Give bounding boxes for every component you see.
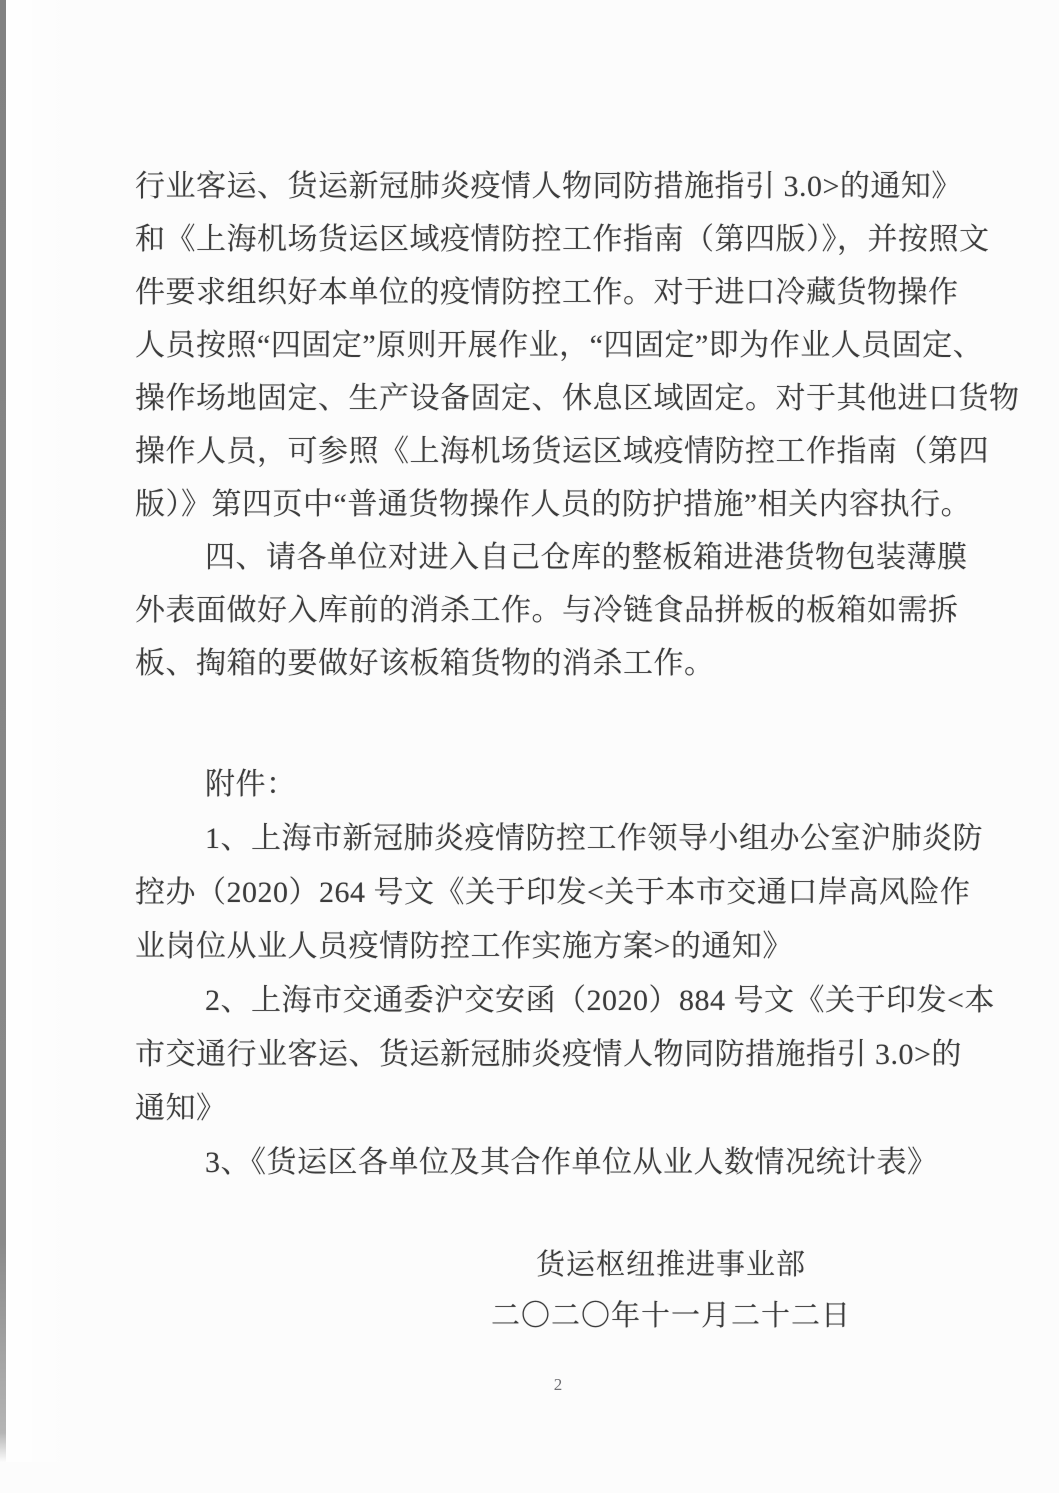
signature-department: 货运枢纽推进事业部 [341, 1240, 1001, 1291]
body-line-1: 行业客运、货运新冠肺炎疫情人物同防措施指引 3.0>的通知》 [135, 160, 927, 213]
attachment-item-1-line-3: 业岗位从业人员疫情防控工作实施方案>的通知》 [135, 920, 927, 974]
attachment-item-3: 3、《货运区各单位及其合作单位从业人数情况统计表》 [135, 1136, 927, 1190]
body-line-8-item-four: 四、请各单位对进入自己仓库的整板箱进港货物包装薄膜 [135, 531, 927, 584]
attachment-item-1-line-1: 1、上海市新冠肺炎疫情防控工作领导小组办公室沪肺炎防 [135, 812, 927, 866]
body-line-6: 操作人员，可参照《上海机场货运区域疫情防控工作指南（第四 [135, 425, 927, 478]
body-line-4: 人员按照“四固定”原则开展作业，“四固定”即为作业人员固定、 [135, 319, 927, 372]
body-line-3: 件要求组织好本单位的疫情防控工作。对于进口冷藏货物操作 [135, 266, 927, 319]
body-line-9: 外表面做好入库前的消杀工作。与冷链食品拼板的板箱如需拆 [135, 584, 927, 637]
page-number: 2 [540, 1374, 576, 1396]
signature-block: 货运枢纽推进事业部 二〇二〇年十一月二十二日 [341, 1240, 1001, 1342]
body-line-2: 和《上海机场货运区域疫情防控工作指南（第四版）》，并按照文 [135, 213, 927, 266]
attachment-heading: 附件： [135, 758, 927, 812]
attachment-item-1-line-2: 控办（2020）264 号文《关于印发<关于本市交通口岸高风险作 [135, 866, 927, 920]
attachment-item-2-line-3: 通知》 [135, 1082, 927, 1136]
body-line-7: 版）》第四页中“普通货物操作人员的防护措施”相关内容执行。 [135, 478, 927, 531]
signature-date: 二〇二〇年十一月二十二日 [341, 1291, 1001, 1342]
attachment-item-2-line-2: 市交通行业客运、货运新冠肺炎疫情人物同防措施指引 3.0>的 [135, 1028, 927, 1082]
document-body: 行业客运、货运新冠肺炎疫情人物同防措施指引 3.0>的通知》 和《上海机场货运区… [135, 160, 927, 690]
body-line-10: 板、掏箱的要做好该板箱货物的消杀工作。 [135, 637, 927, 690]
scan-edge-highlight [6, 0, 76, 1462]
body-line-5: 操作场地固定、生产设备固定、休息区域固定。对于其他进口货物 [135, 372, 927, 425]
document-page: 行业客运、货运新冠肺炎疫情人物同防措施指引 3.0>的通知》 和《上海机场货运区… [0, 0, 1059, 1493]
attachment-section: 附件： 1、上海市新冠肺炎疫情防控工作领导小组办公室沪肺炎防 控办（2020）2… [135, 758, 927, 1190]
attachment-item-2-line-1: 2、上海市交通委沪交安函（2020）884 号文《关于印发<本 [135, 974, 927, 1028]
